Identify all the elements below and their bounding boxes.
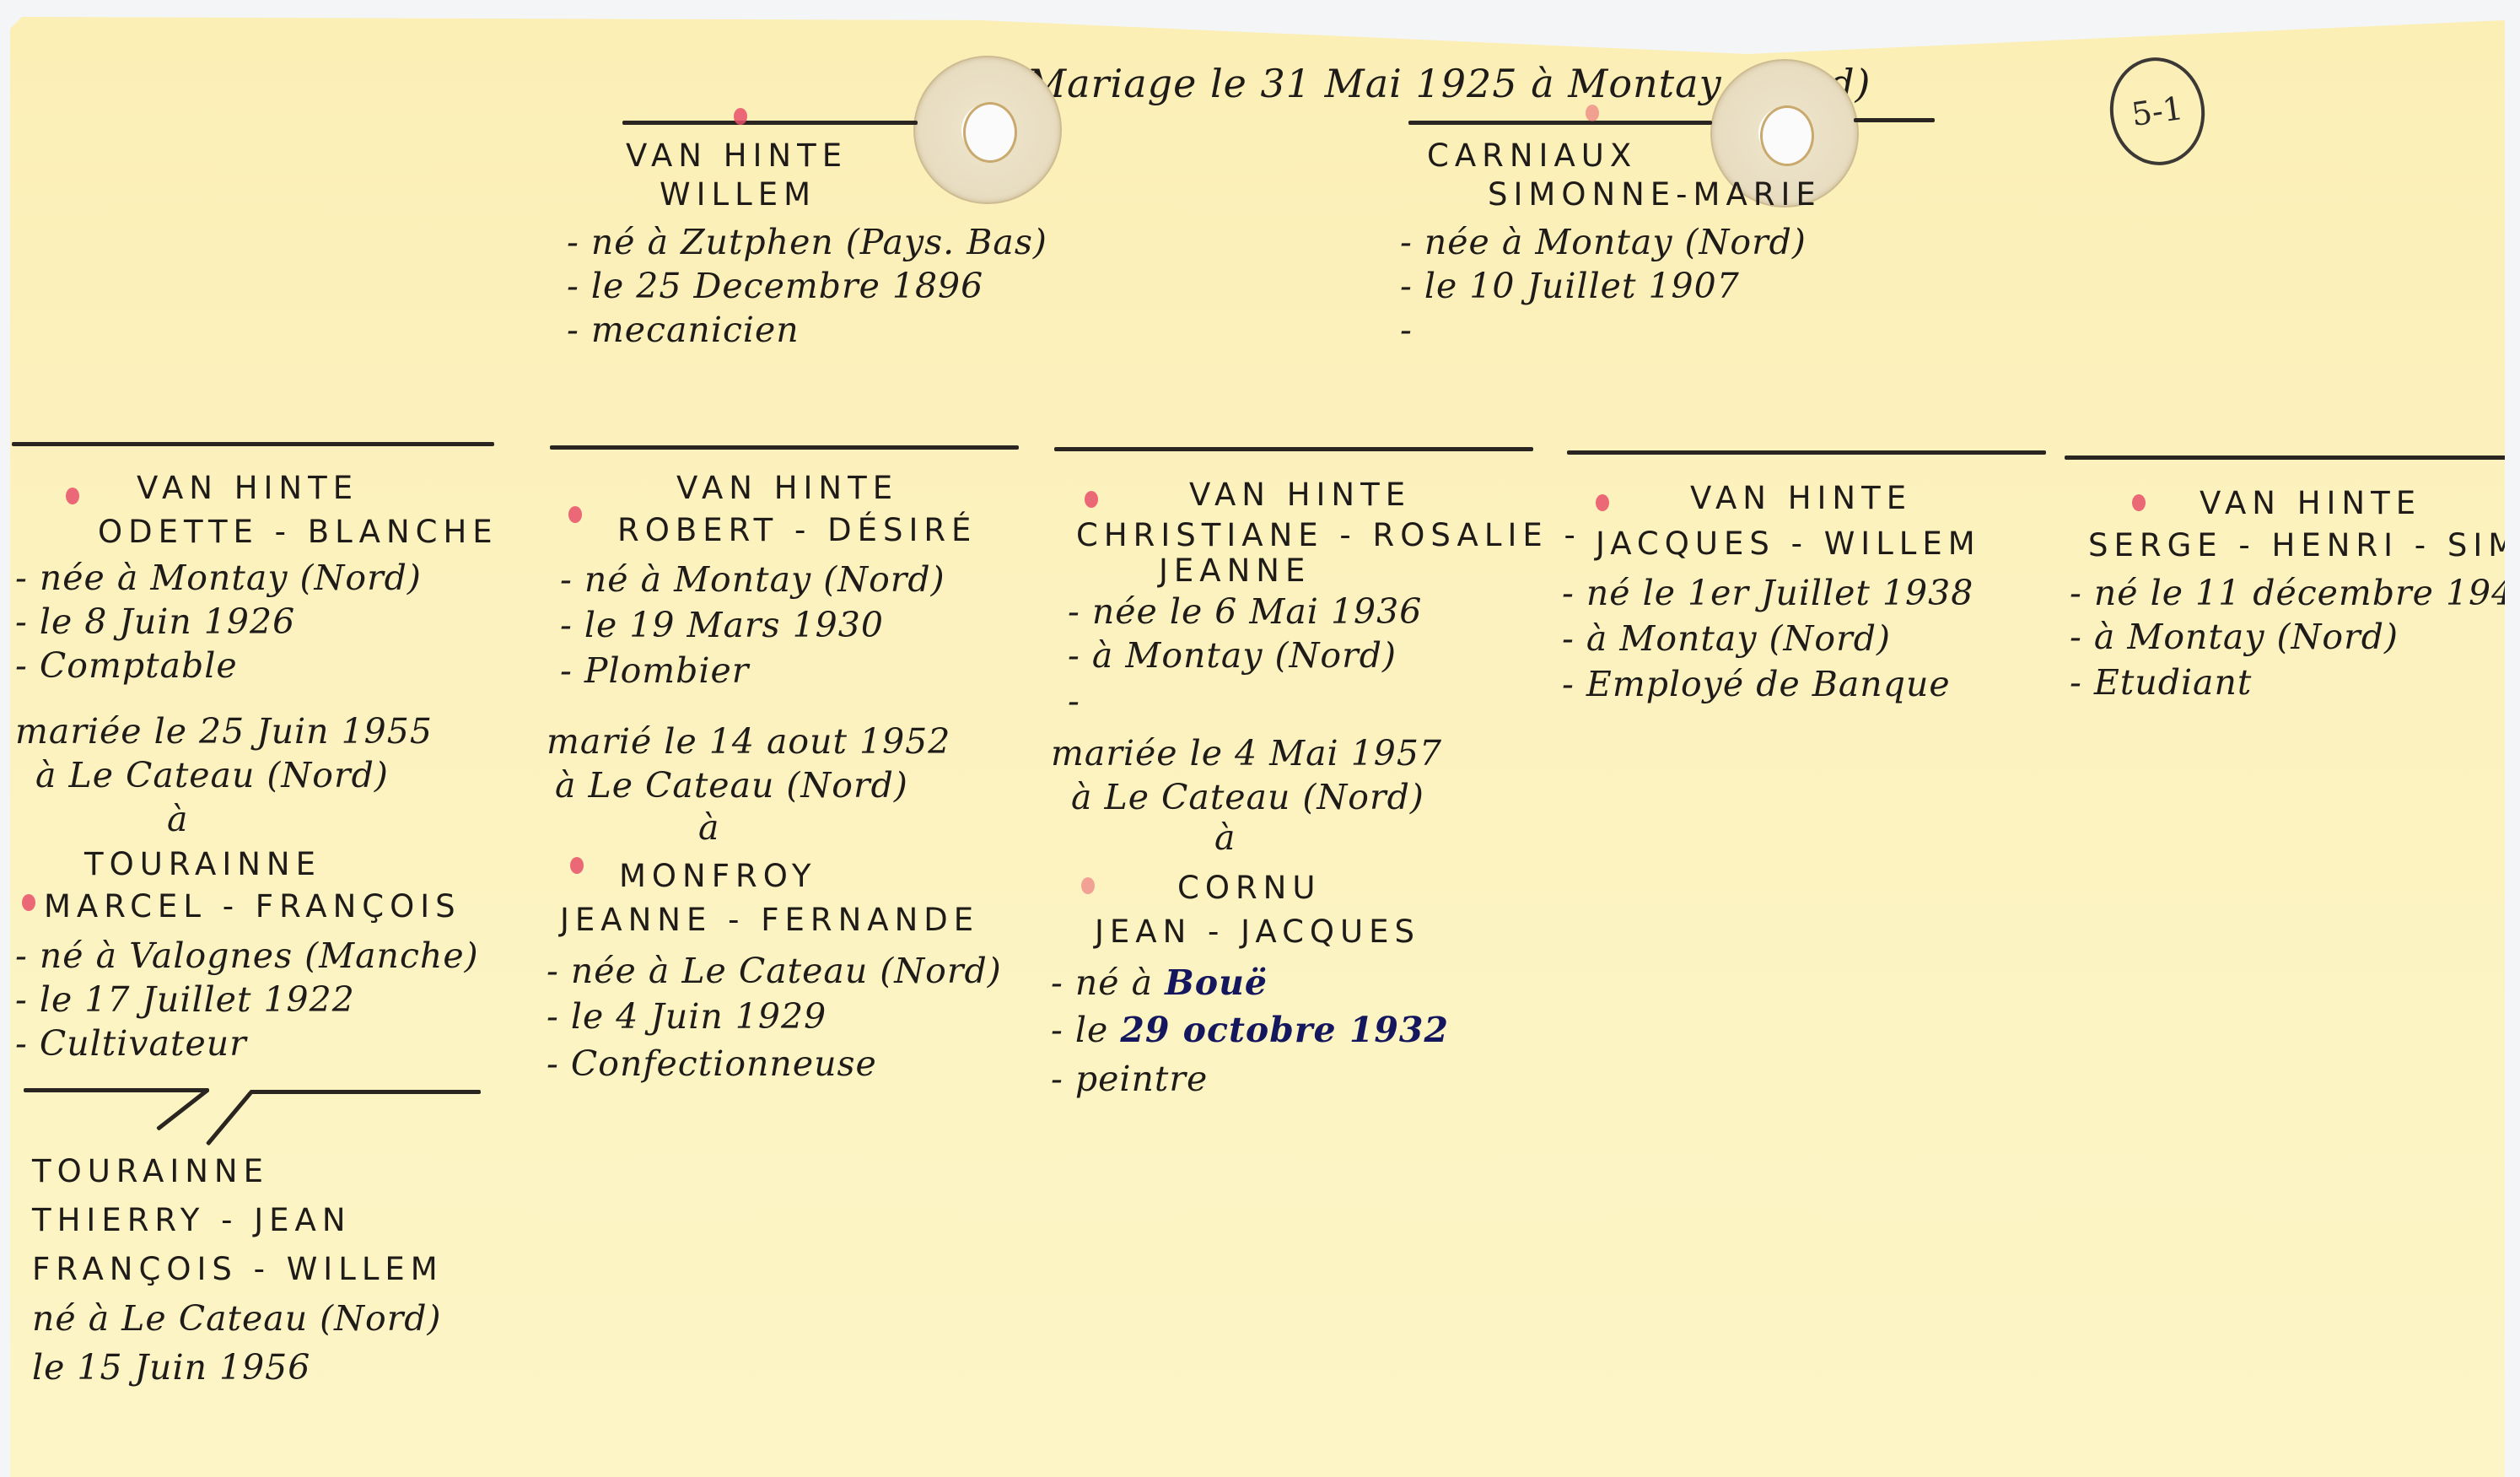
red-mark [1085,491,1098,508]
spouse-detail: - Confectionneuse [547,1041,877,1086]
spouse-birthdate-label: - le [1051,1010,1108,1050]
child-given-names: SERGE - HENRI - SIMON [2088,525,2520,567]
child-line-5 [2065,455,2512,460]
red-mark-mother [1586,105,1599,121]
marriage-date: marié le 14 aout 1952 [547,719,950,764]
child-given-names-1: CHRISTIANE - ROSALIE - [1076,515,1581,557]
red-mark [570,857,584,874]
grandchild-detail: né à Le Cateau (Nord) [32,1296,442,1341]
spouse-given-names: JEAN - JACQUES [1095,911,1420,953]
grandchild-given-names-2: FRANÇOIS - WILLEM [32,1248,444,1291]
spouse-detail: - né à Bouë [1051,960,1268,1005]
child-line-3 [1054,447,1533,451]
red-mark [66,488,79,504]
marriage-place: à Le Cateau (Nord) [35,752,389,798]
father-detail: - né à Zutphen (Pays. Bas) [567,219,1047,265]
spouse-surname: TOURAINNE [84,844,321,886]
child-detail: - né à Montay (Nord) [560,557,945,602]
marriage-connector: à [167,796,188,842]
spouse-birthdate: 29 octobre 1932 [1120,1010,1449,1050]
spouse-detail: - peintre [1051,1056,1208,1102]
spouse-detail: - le 29 octobre 1932 [1051,1007,1449,1053]
spouse-detail: - née à Le Cateau (Nord) [547,948,1002,994]
grandchild-line-right [250,1090,481,1094]
child-detail: - née le 6 Mai 1936 [1068,589,1422,634]
spouse-detail: - né à Valognes (Manche) [15,933,479,978]
page-number: 5-1 [2130,89,2186,133]
child-surname: VAN HINTE [2200,482,2421,525]
child-given-names: ODETTE - BLANCHE [98,511,498,553]
mother-detail: - le 10 Juillet 1907 [1400,263,1740,309]
marriage-date: mariée le 25 Juin 1955 [15,709,433,754]
child-line-4 [1567,450,2046,455]
spouse-birthplace-label: - né à [1051,962,1153,1003]
red-mark [568,506,582,523]
child-surname: VAN HINTE [1189,474,1411,516]
spouse-given-names: MARCEL - FRANÇOIS [44,886,461,928]
father-detail: - le 25 Decembre 1896 [567,263,983,309]
child-detail: - Etudiant [2070,660,2252,705]
marriage-place: à Le Cateau (Nord) [555,763,908,808]
mother-detail: - [1400,307,1413,353]
child-detail: - le 19 Mars 1930 [560,602,884,648]
mother-given-names: SIMONNE-MARIE [1488,174,1822,216]
red-mark [2132,494,2146,511]
spouse-given-names: JEANNE - FERNANDE [560,899,979,941]
child-given-names: JACQUES - WILLEM [1596,523,1981,565]
child-line-2 [550,445,1019,450]
mother-line [1408,121,1712,125]
grandchild-slash-1 [156,1088,209,1131]
spouse-surname: MONFROY [619,855,816,898]
child-given-names-2: JEANNE [1159,550,1311,592]
child-line-1 [12,442,494,446]
grandchild-surname: TOURAINNE [32,1151,269,1193]
child-detail: - né le 11 décembre 1942 [2070,570,2520,616]
page-number-badge: 5-1 [2103,51,2212,171]
mother-line-ext [1854,118,1935,122]
father-detail: - mecanicien [567,307,800,353]
grandchild-given-names-1: THIERRY - JEAN [32,1199,352,1242]
red-mark-father [734,108,747,125]
child-detail: - née à Montay (Nord) [15,555,422,601]
red-mark [1596,494,1609,511]
father-line [622,121,918,125]
child-detail: - à Montay (Nord) [2070,614,2399,660]
red-mark [22,894,35,911]
child-surname: VAN HINTE [1690,477,1912,520]
child-given-names: ROBERT - DÉSIRÉ [617,509,977,552]
marriage-date: mariée le 4 Mai 1957 [1051,730,1442,776]
child-detail: - né le 1er Juillet 1938 [1562,570,1973,616]
spouse-surname: CORNU [1177,867,1321,909]
child-detail: - [1068,678,1080,724]
grandchild-slash-2 [206,1090,254,1145]
binder-hole-left [913,56,1062,204]
spouse-detail: - Cultivateur [15,1021,247,1066]
mother-surname: CARNIAUX [1427,135,1637,177]
child-detail: - Comptable [15,643,238,688]
grandchild-detail: le 15 Juin 1956 [32,1345,310,1390]
red-mark [1081,877,1095,894]
marriage-connector: à [1214,815,1236,860]
father-surname: VAN HINTE [626,135,848,177]
spouse-detail: - le 4 Juin 1929 [547,994,827,1039]
genealogy-card: Mariage le 31 Mai 1925 à Montay (Nord) 5… [10,17,2505,1477]
child-detail: - à Montay (Nord) [1562,616,1891,661]
child-detail: - Employé de Banque [1562,661,1951,707]
marriage-place: à Le Cateau (Nord) [1071,774,1424,820]
grandchild-line-left [24,1088,209,1092]
spouse-detail: - le 17 Juillet 1922 [15,977,355,1022]
father-given-names: WILLEM [660,174,816,216]
marriage-connector: à [698,805,719,850]
child-detail: - le 8 Juin 1926 [15,599,295,644]
spouse-birthplace: Bouë [1165,962,1268,1003]
child-detail: - Plombier [560,648,749,693]
child-detail: - à Montay (Nord) [1068,633,1397,678]
mother-detail: - née à Montay (Nord) [1400,219,1807,265]
child-surname: VAN HINTE [676,467,898,509]
child-surname: VAN HINTE [137,467,358,509]
